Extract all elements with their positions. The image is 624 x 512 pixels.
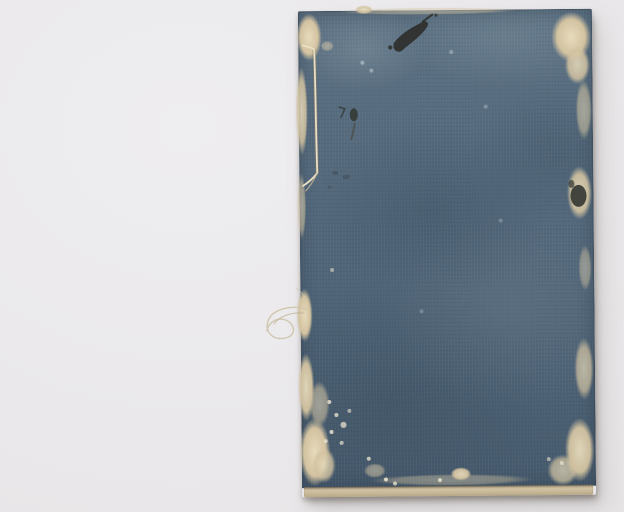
book-cover bbox=[298, 9, 596, 489]
book bbox=[298, 9, 596, 498]
photo: Old stab-bound book with a worn, faded i… bbox=[0, 0, 624, 512]
page-block-edge bbox=[304, 485, 593, 498]
photo-caption: Old stab-bound book with a worn, faded i… bbox=[0, 0, 1, 1]
